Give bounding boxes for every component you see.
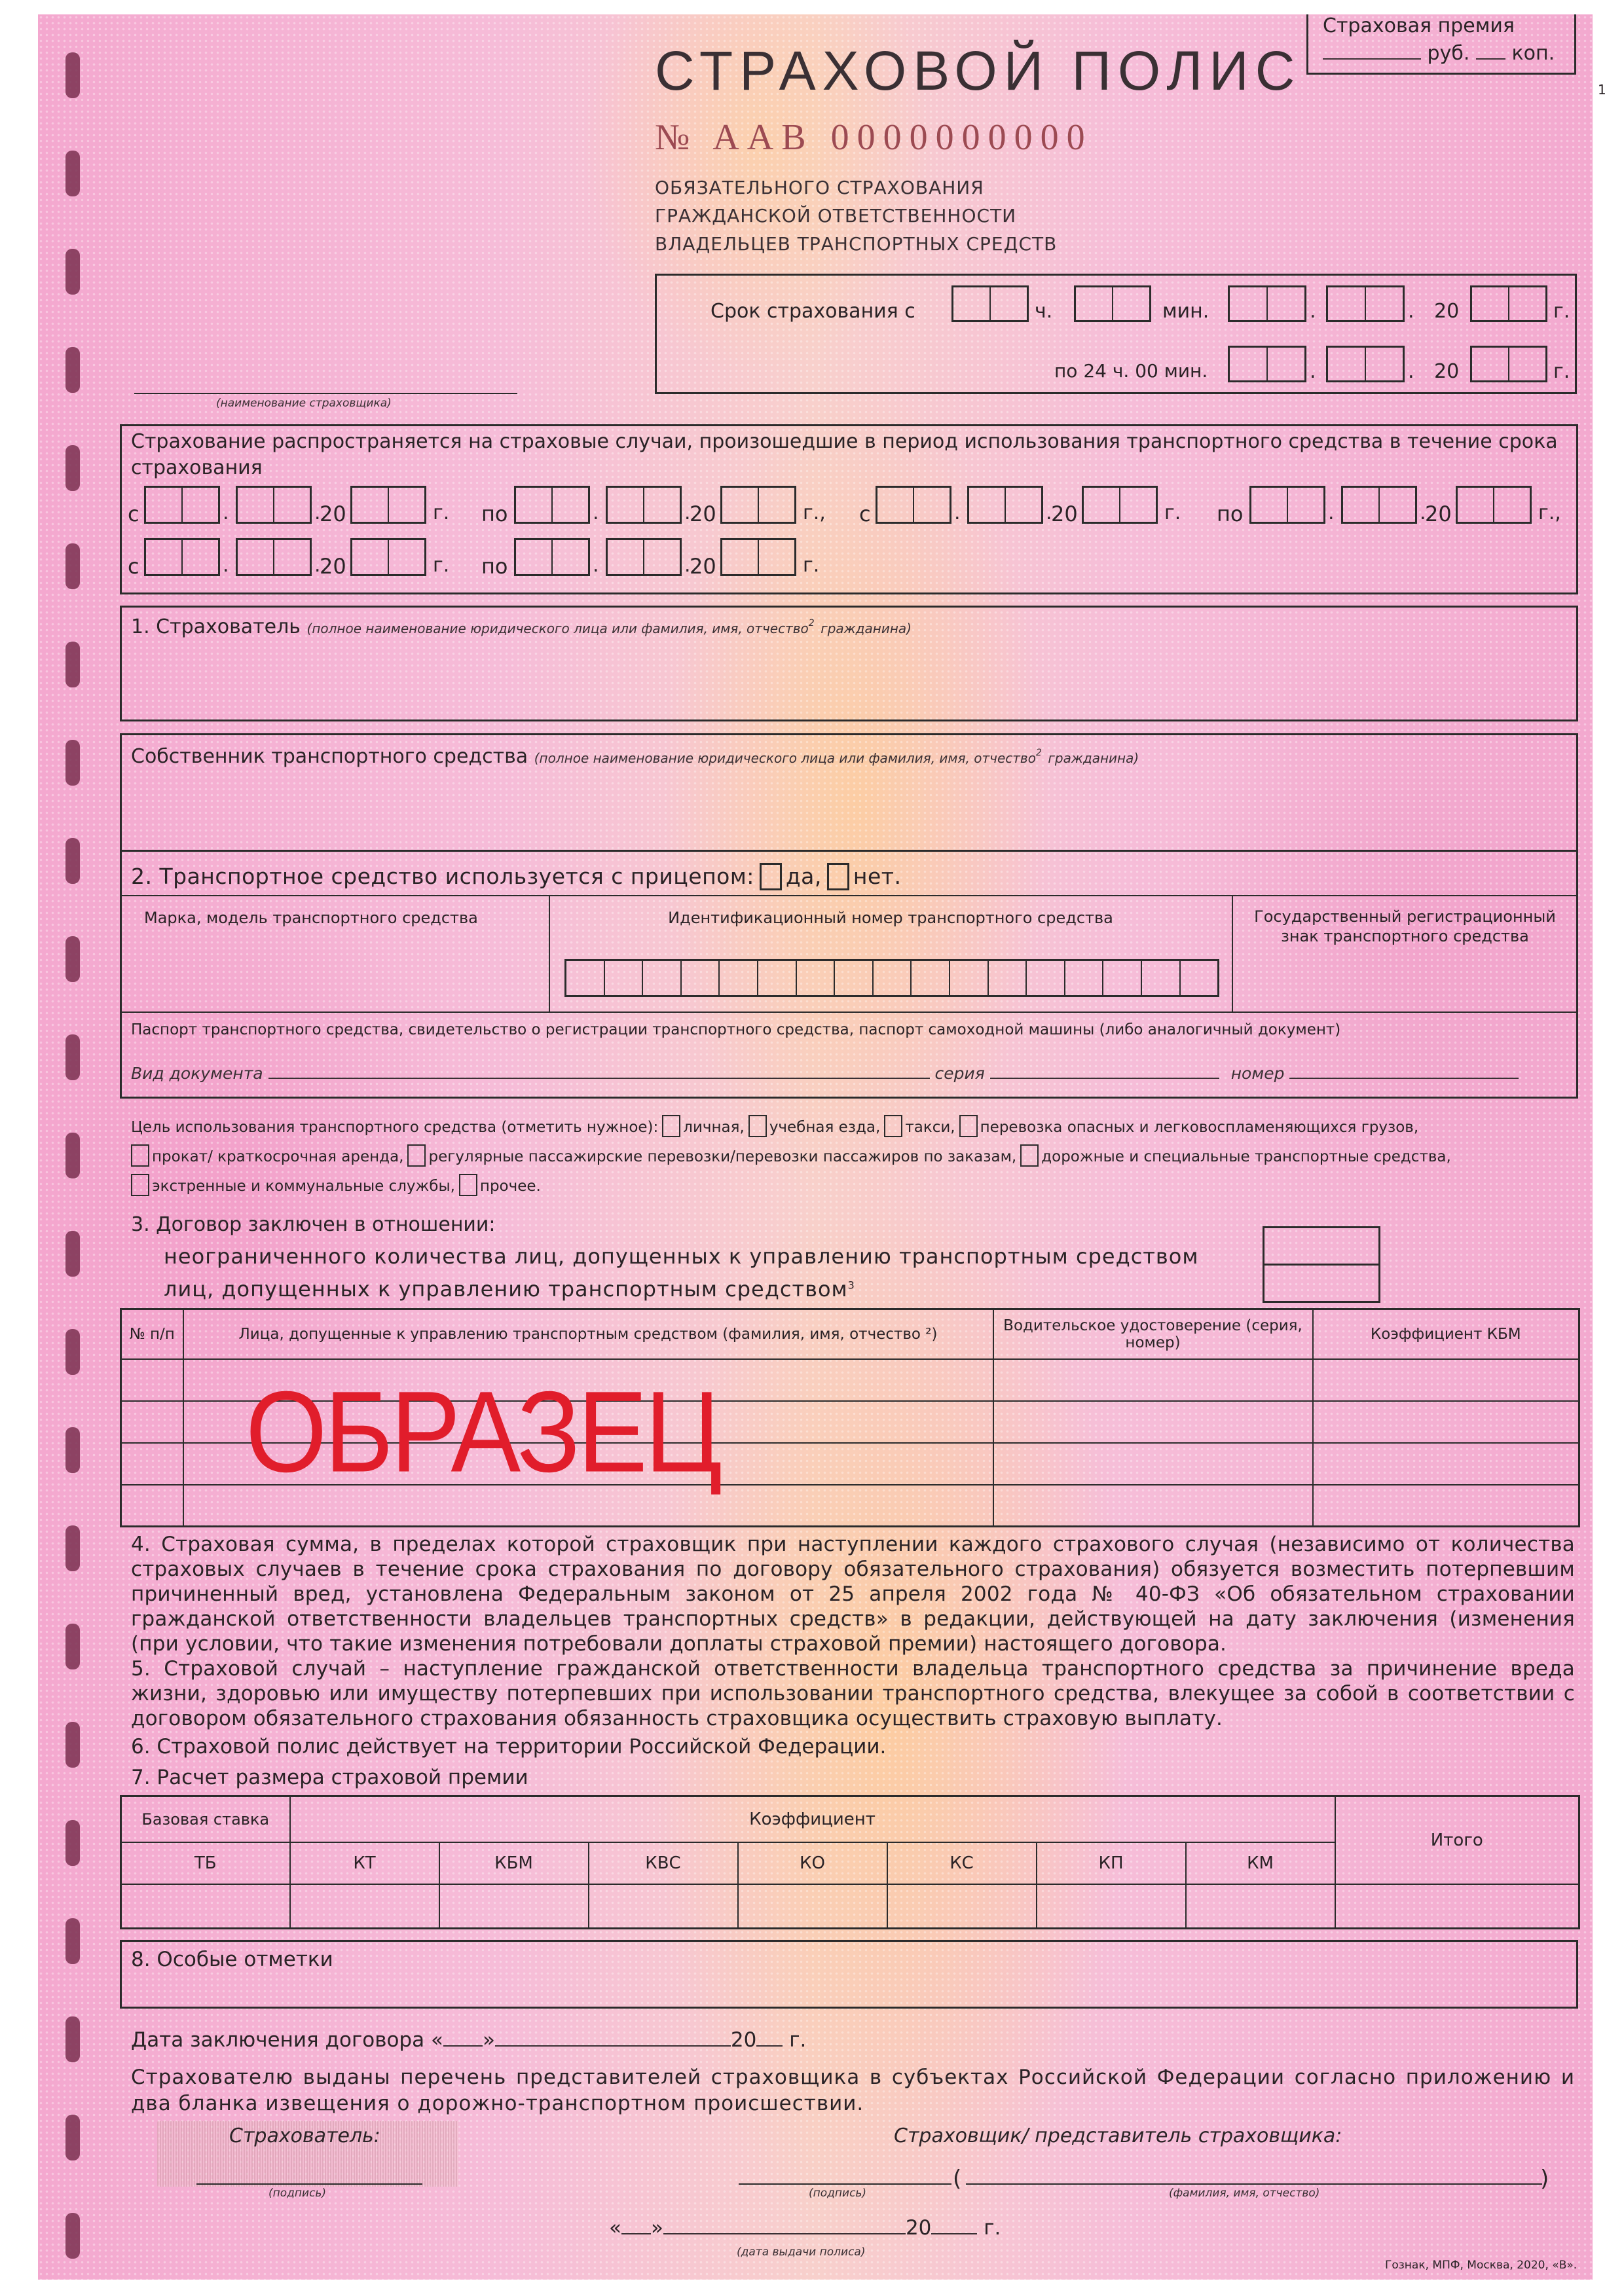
divider — [120, 895, 1578, 896]
issue-date-row: «»20 г. — [609, 2216, 1001, 2240]
purpose-passenger-checkbox[interactable] — [407, 1144, 426, 1167]
vin-char-box[interactable] — [1142, 961, 1181, 995]
year-suffix: г. — [789, 2028, 806, 2052]
term-from-month-field[interactable] — [1326, 285, 1405, 322]
plate-label: Государственный регистрационный знак тра… — [1233, 907, 1577, 946]
year-suffix: г., — [1538, 501, 1561, 524]
premium-calc-table: Базовая ставка Коэффициент Итого ТБКТКБМ… — [120, 1795, 1580, 1929]
insurant-label: 1. Страхователь — [131, 615, 301, 638]
perforation-mark — [65, 347, 80, 393]
purpose-other-checkbox[interactable] — [459, 1174, 477, 1196]
total-value-cell[interactable] — [1335, 1884, 1579, 1929]
base-rate-header: Базовая ставка — [121, 1796, 290, 1842]
doc-series-field[interactable] — [990, 1078, 1219, 1079]
premium-rub-field[interactable] — [1323, 58, 1421, 60]
vin-field[interactable] — [564, 959, 1219, 997]
owner-name-field[interactable] — [131, 776, 1565, 841]
insurant-hint: (полное наименование юридического лица и… — [307, 621, 809, 636]
section7-label: 7. Расчет размера страховой премии — [131, 1766, 528, 1789]
period-to-label: по — [481, 554, 508, 579]
term-from-year-field[interactable] — [1470, 285, 1547, 322]
driver-cell[interactable] — [993, 1359, 1313, 1401]
section3-listed-text: лиц, допущенных к управлению транспортны… — [164, 1277, 848, 1302]
special-notes-label: 8. Особые отметки — [131, 1948, 333, 1971]
footnote-sup: 2 — [1036, 748, 1042, 758]
perforation-mark — [65, 543, 80, 589]
year-prefix: 20 — [320, 554, 346, 579]
perforation-mark — [65, 838, 80, 884]
term-year-prefix: 20 — [1434, 300, 1459, 323]
period-day-field[interactable] — [144, 538, 220, 576]
insurer-name-caption: (фамилия, имя, отчество) — [1169, 2187, 1319, 2200]
coefficient-col-header: КБМ — [439, 1842, 589, 1884]
date-separator: . — [1408, 360, 1414, 383]
driver-cell[interactable] — [1313, 1359, 1579, 1401]
insurant-heading: 1. Страхователь (полное наименование юри… — [131, 615, 912, 638]
unlimited-drivers-checkbox[interactable] — [1263, 1226, 1380, 1266]
purpose-dangerous-goods-checkbox[interactable] — [959, 1115, 978, 1137]
term-minutes-label: мин. — [1162, 300, 1209, 323]
year-suffix: г. — [803, 554, 819, 577]
section3-unlimited-label: неограниченного количества лиц, допущенн… — [164, 1244, 1199, 1269]
term-to-year-field[interactable] — [1470, 346, 1547, 382]
perforation-mark — [65, 249, 80, 295]
date-separator: . — [593, 501, 599, 524]
driver-cell[interactable] — [1313, 1485, 1579, 1527]
perforation-mark — [65, 2213, 80, 2259]
coefficient-values-row — [121, 1884, 1579, 1929]
doc-number-label: номер — [1231, 1064, 1285, 1083]
insurer-name-field[interactable] — [134, 393, 517, 394]
period-month-field[interactable] — [967, 486, 1043, 524]
doc-type-field[interactable] — [268, 1078, 930, 1079]
doc-type-label: Вид документа — [131, 1064, 263, 1083]
driver-cell[interactable] — [993, 1401, 1313, 1443]
period-month-field[interactable] — [1341, 486, 1417, 524]
year-prefix: 20 — [320, 501, 346, 526]
footnote-sup: 3 — [848, 1279, 855, 1291]
year-suffix: г. — [1164, 501, 1181, 524]
period-month-field[interactable] — [236, 538, 312, 576]
coefficient-value-cell[interactable] — [121, 1884, 290, 1929]
vin-char-box[interactable] — [758, 961, 797, 995]
usage-period-intro: Страхование распространяется на страховы… — [131, 429, 1565, 481]
purpose-taxi-checkbox[interactable] — [884, 1115, 902, 1137]
owner-hint: (полное наименование юридического лица и… — [534, 750, 1036, 766]
driver-cell[interactable] — [121, 1443, 183, 1485]
perforation-mark — [65, 1820, 80, 1866]
vin-char-box[interactable] — [835, 961, 874, 995]
trailer-no-checkbox[interactable] — [827, 863, 849, 890]
date-separator: . — [954, 501, 961, 524]
quote-open: « — [609, 2216, 621, 2240]
term-hours-label: ч. — [1035, 300, 1052, 323]
quote-close: » — [483, 2028, 495, 2052]
section6-text: 6. Страховой полис действует на территор… — [131, 1735, 886, 1758]
insurer-signature-field[interactable] — [739, 2183, 951, 2185]
make-model-label: Марка, модель транспортного средства — [144, 909, 478, 927]
perforation-mark — [65, 1133, 80, 1178]
period-day-field[interactable] — [514, 538, 590, 576]
vin-char-box[interactable] — [1065, 961, 1104, 995]
insurant-sign-label: Страхователь: — [229, 2124, 380, 2147]
col-header-number: № п/п — [121, 1309, 183, 1359]
issue-month-field[interactable] — [663, 2233, 906, 2234]
owner-label: Собственник транспортного средства — [131, 745, 528, 768]
insurer-sign-caption: (подпись) — [809, 2187, 866, 2200]
period-from-label: с — [128, 501, 139, 526]
issue-day-field[interactable] — [621, 2233, 651, 2234]
purpose-road-special-checkbox[interactable] — [1020, 1144, 1039, 1167]
perforation-mark — [65, 1231, 80, 1277]
footnote-marker: 1 — [1598, 82, 1606, 98]
divider — [120, 1011, 1578, 1013]
period-to-label: по — [1217, 501, 1244, 526]
perforation-mark — [65, 1427, 80, 1473]
coefficient-col-header: КО — [738, 1842, 887, 1884]
vin-char-box[interactable] — [989, 961, 1027, 995]
contract-year-field[interactable] — [756, 2045, 783, 2047]
subtitle-line-1: ОБЯЗАТЕЛЬНОГО СТРАХОВАНИЯ — [655, 177, 984, 198]
coefficient-col-header: КП — [1037, 1842, 1186, 1884]
perforation-mark — [65, 1624, 80, 1669]
period-month-field[interactable] — [236, 486, 312, 524]
perforation-mark — [65, 936, 80, 982]
driver-cell[interactable] — [121, 1401, 183, 1443]
year-suffix: г. — [433, 554, 449, 577]
perforation-mark — [65, 642, 80, 687]
vin-label: Идентификационный номер транспортного ср… — [550, 909, 1231, 927]
perforation-mark — [65, 1722, 80, 1768]
period-from-label: с — [859, 501, 871, 526]
section5-paragraph: 5. Страховой случай – наступление гражда… — [131, 1656, 1575, 1731]
perforation-mark — [65, 1034, 80, 1080]
purpose-personal-checkbox[interactable] — [662, 1115, 680, 1137]
date-separator: . — [593, 554, 599, 577]
period-day-field[interactable] — [1249, 486, 1325, 524]
premium-amount-row: руб. коп. — [1323, 42, 1555, 65]
period-year-field[interactable] — [350, 486, 426, 524]
purpose-label: Цель использования транспортного средств… — [131, 1119, 658, 1136]
coefficient-value-cell[interactable] — [1186, 1884, 1335, 1929]
coefficient-header: Коэффициент — [290, 1796, 1335, 1842]
insurant-signature-field[interactable] — [196, 2183, 422, 2185]
perforation-mark — [65, 1329, 80, 1375]
driver-cell[interactable] — [993, 1485, 1313, 1527]
vehicle-doc-intro: Паспорт транспортного средства, свидетел… — [131, 1021, 1340, 1038]
date-separator: . — [223, 501, 229, 524]
year-suffix: г. — [984, 2216, 1001, 2240]
vin-char-box[interactable] — [566, 961, 605, 995]
period-year-field[interactable] — [1082, 486, 1158, 524]
perforation-mark — [65, 52, 80, 98]
driver-cell[interactable] — [1313, 1443, 1579, 1485]
period-day-field[interactable] — [876, 486, 951, 524]
year-prefix: 20 — [690, 501, 716, 526]
vin-char-box[interactable] — [605, 961, 644, 995]
issued-note: Страхователю выданы перечень представите… — [131, 2064, 1575, 2117]
page-title: СТРАХОВОЙ ПОЛИС — [655, 39, 1301, 103]
vin-char-box[interactable] — [1027, 961, 1065, 995]
section3-listed-label: лиц, допущенных к управлению транспортны… — [164, 1277, 855, 1302]
vin-char-box[interactable] — [912, 961, 950, 995]
vin-char-box[interactable] — [643, 961, 682, 995]
date-separator: . — [1310, 300, 1316, 323]
section3-label: 3. Договор заключен в отношении: — [131, 1213, 496, 1236]
section4-paragraph: 4. Страховая сумма, в пределах которой с… — [131, 1532, 1575, 1656]
purpose-option-label: учебная езда, — [769, 1119, 881, 1136]
contract-date-row: Дата заключения договора «»20 г. — [131, 2028, 806, 2052]
coefficient-col-header: КС — [887, 1842, 1037, 1884]
sample-watermark: ОБРАЗЕЦ — [246, 1366, 720, 1498]
date-separator: . — [223, 554, 229, 577]
period-month-field[interactable] — [606, 486, 682, 524]
coefficient-value-cell[interactable] — [290, 1884, 439, 1929]
vin-char-box[interactable] — [1181, 961, 1218, 995]
quote-close: » — [651, 2216, 663, 2240]
driver-cell[interactable] — [993, 1443, 1313, 1485]
coefficient-value-cell[interactable] — [1037, 1884, 1186, 1929]
perforation-mark — [65, 2016, 80, 2062]
year-prefix: 20 — [1425, 501, 1452, 526]
section4-text: 4. Страховая сумма, в пределах которой с… — [131, 1532, 1575, 1656]
period-day-field[interactable] — [144, 486, 220, 524]
driver-cell[interactable] — [1313, 1401, 1579, 1443]
issue-date-caption: (дата выдачи полиса) — [737, 2246, 865, 2259]
insurer-caption: (наименование страховщика) — [216, 397, 392, 410]
listed-drivers-checkbox[interactable] — [1263, 1264, 1380, 1303]
driver-cell[interactable] — [121, 1359, 183, 1401]
premium-rub-label: руб. — [1428, 42, 1470, 65]
paren-open: ( — [953, 2166, 961, 2192]
term-from-hours-field[interactable] — [951, 285, 1029, 322]
trailer-no-label: нет. — [853, 864, 902, 889]
premium-kop-label: коп. — [1511, 42, 1555, 65]
coefficient-col-header: КВС — [589, 1842, 738, 1884]
col-header-license: Водительское удостоверение (серия, номер… — [993, 1309, 1313, 1359]
perforation-mark — [65, 2115, 80, 2160]
coefficient-col-header: КМ — [1186, 1842, 1335, 1884]
perforation-mark — [65, 740, 80, 786]
premium-title: Страховая премия — [1323, 14, 1515, 37]
date-separator: . — [1408, 300, 1414, 323]
year-suffix: г., — [803, 501, 826, 524]
period-to-label: по — [481, 501, 508, 526]
date-separator: . — [1328, 501, 1335, 524]
term-from-label: Срок страхования с — [710, 300, 915, 323]
perforation-mark — [65, 445, 80, 491]
issue-year-field[interactable] — [931, 2233, 977, 2234]
doc-series-label: серия — [934, 1064, 984, 1083]
period-year-field[interactable] — [720, 486, 796, 524]
total-header: Итого — [1335, 1796, 1579, 1884]
coefficient-value-cell[interactable] — [887, 1884, 1037, 1929]
purpose-option-label: экстренные и коммунальные службы, — [152, 1178, 455, 1195]
term-year-prefix: 20 — [1434, 360, 1459, 383]
year-prefix: 20 — [690, 554, 716, 579]
vehicle-doc-row: Вид документа серия номер — [131, 1064, 1519, 1083]
premium-kop-field[interactable] — [1476, 58, 1505, 60]
issued-note-text: Страхователю выданы перечень представите… — [131, 2064, 1575, 2117]
vin-char-box[interactable] — [682, 961, 720, 995]
purpose-option-label: такси, — [905, 1119, 955, 1136]
col-header-driver-name: Лица, допущенные к управлению транспортн… — [183, 1309, 993, 1359]
insurer-sign-label: Страховщик/ представитель страховщика: — [894, 2124, 1342, 2147]
owner-hint-end: гражданина) — [1048, 750, 1139, 766]
vin-char-box[interactable] — [1103, 961, 1142, 995]
term-from-minutes-field[interactable] — [1074, 285, 1151, 322]
purpose-option-label: дорожные и специальные транспортные сред… — [1041, 1148, 1451, 1165]
term-from-day-field[interactable] — [1228, 285, 1306, 322]
insurer-name-field[interactable] — [966, 2183, 1542, 2185]
contract-date-label: Дата заключения договора « — [131, 2028, 443, 2052]
special-notes-field[interactable] — [131, 1974, 1565, 2003]
trailer-row: 2. Транспортное средство используется с … — [131, 863, 901, 890]
vin-char-box[interactable] — [797, 961, 836, 995]
vin-char-box[interactable] — [950, 961, 989, 995]
trailer-yes-checkbox[interactable] — [760, 863, 782, 890]
trailer-yes-label: да, — [786, 864, 822, 889]
period-year-field[interactable] — [1456, 486, 1532, 524]
purpose-emergency-checkbox[interactable] — [131, 1174, 149, 1196]
term-to-label: по 24 ч. 00 мин. — [1054, 360, 1208, 382]
purpose-rental-checkbox[interactable] — [131, 1144, 149, 1167]
make-model-field[interactable] — [128, 933, 540, 1005]
insurant-hint-end: гражданина) — [821, 621, 912, 636]
owner-heading: Собственник транспортного средства (полн… — [131, 745, 1139, 768]
coefficient-value-cell[interactable] — [589, 1884, 738, 1929]
purpose-block: Цель использования транспортного средств… — [131, 1113, 1578, 1201]
period-year-field[interactable] — [720, 538, 796, 576]
contract-day-field[interactable] — [443, 2045, 483, 2047]
vin-char-box[interactable] — [874, 961, 912, 995]
coefficient-col-header: КТ — [290, 1842, 439, 1884]
purpose-option-label: прочее. — [480, 1178, 541, 1195]
subtitle-line-3: ВЛАДЕЛЬЦЕВ ТРАНСПОРТНЫХ СРЕДСТВ — [655, 233, 1057, 255]
perforation-mark — [65, 1525, 80, 1571]
term-year-suffix: г. — [1553, 360, 1570, 383]
coefficient-value-cell[interactable] — [738, 1884, 887, 1929]
vin-char-box[interactable] — [720, 961, 758, 995]
drivers-table-header: № п/п Лица, допущенные к управлению тран… — [121, 1309, 1579, 1359]
year-prefix: 20 — [731, 2028, 756, 2052]
subtitle-line-2: ГРАЖДАНСКОЙ ОТВЕТСТВЕННОСТИ — [655, 205, 1016, 227]
insurant-name-field[interactable] — [131, 648, 1565, 714]
paren-close: ) — [1540, 2166, 1549, 2192]
perforation-mark — [65, 151, 80, 196]
doc-number-field[interactable] — [1289, 1078, 1519, 1079]
purpose-option-label: прокат/ краткосрочная аренда, — [152, 1148, 403, 1165]
policy-serial-number: № AAB 0000000000 — [655, 117, 1093, 158]
trailer-label: 2. Транспортное средство используется с … — [131, 864, 754, 889]
driver-cell[interactable] — [121, 1485, 183, 1527]
coefficient-col-header: ТБ — [121, 1842, 290, 1884]
purpose-option-label: регулярные пассажирские перевозки/перево… — [428, 1148, 1016, 1165]
divider — [120, 850, 1578, 852]
term-year-suffix: г. — [1553, 300, 1570, 323]
footnote-sup: 2 — [809, 618, 815, 629]
coefficient-value-cell[interactable] — [439, 1884, 589, 1929]
purpose-training-checkbox[interactable] — [748, 1115, 767, 1137]
period-from-label: с — [128, 554, 139, 579]
contract-month-field[interactable] — [495, 2045, 731, 2047]
purpose-option-label: личная, — [683, 1119, 745, 1136]
plate-field[interactable] — [1241, 949, 1568, 1005]
term-to-month-field[interactable] — [1326, 346, 1405, 382]
col-header-kbm: Коэффициент КБМ — [1313, 1309, 1579, 1359]
printer-imprint: Гознак, МПФ, Москва, 2020, «В». — [1385, 2259, 1577, 2272]
period-day-field[interactable] — [514, 486, 590, 524]
year-prefix: 20 — [1051, 501, 1078, 526]
period-month-field[interactable] — [606, 538, 682, 576]
purpose-option-label: перевозка опасных и легковоспламеняющихс… — [980, 1119, 1419, 1136]
date-separator: . — [1310, 360, 1316, 383]
year-prefix: 20 — [906, 2216, 931, 2240]
perforation-mark — [65, 1918, 80, 1964]
period-year-field[interactable] — [350, 538, 426, 576]
year-suffix: г. — [433, 501, 449, 524]
insurant-sign-caption: (подпись) — [268, 2187, 326, 2200]
term-to-day-field[interactable] — [1228, 346, 1306, 382]
section5-text: 5. Страховой случай – наступление гражда… — [131, 1656, 1575, 1731]
